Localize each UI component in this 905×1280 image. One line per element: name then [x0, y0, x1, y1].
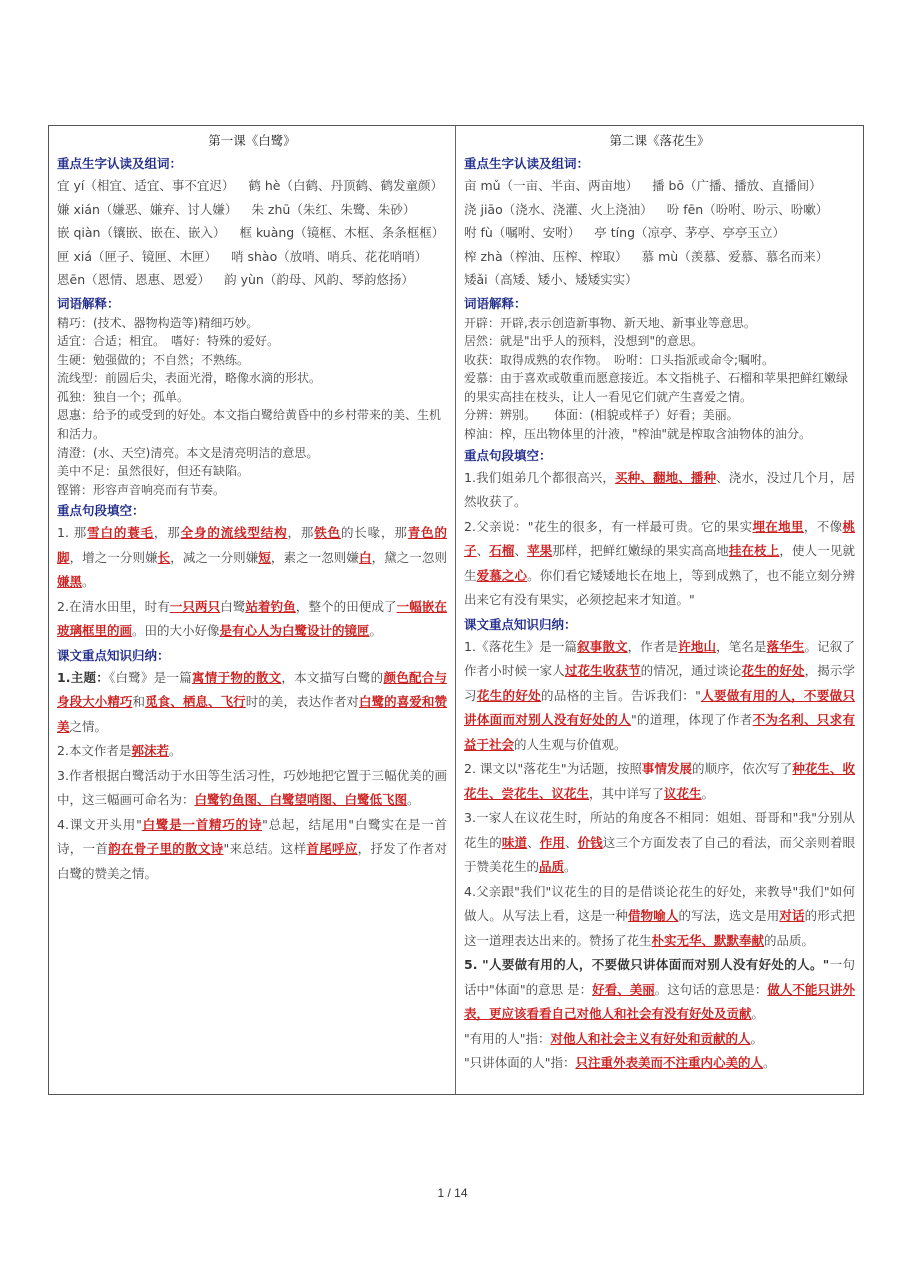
fill-in-paragraph: 1. 那雪白的蓑毛，那全身的流线型结构，那铁色的长喙，那青色的脚，增之一分则嫌长… [57, 521, 447, 595]
text-segment: 。 [763, 1055, 776, 1070]
summary-paragraph: 1.主题：《白鹭》是一篇寓情于物的散文，本文描写白鹭的颜色配合与身段大小精巧和觅… [57, 666, 447, 740]
character-entry: 恩ēn（恩情、恩惠、恩爱） [57, 272, 210, 287]
text-segment: "来总结。这样 [224, 841, 307, 856]
character-entry: 韵 yùn（韵母、风韵、琴韵悠扬） [224, 272, 414, 287]
text-segment: 的品格的主旨。告诉我们：" [541, 688, 701, 703]
bold-text: 5. "人要做有用的人，不要做只讲体面而对别人没有好处的人。" [464, 957, 829, 972]
character-entry: 嵌 qiàn（镶嵌、嵌在、嵌入） [57, 225, 225, 240]
fill-blank-answer: 嫌黑 [57, 574, 82, 589]
fill-blank-answer: 叙事散文 [577, 639, 628, 654]
fill-blank-answer: 寓情于物的散文 [192, 670, 281, 685]
fill-blank-answer: 只注重外表美而不注重内心美的人 [576, 1055, 764, 1070]
character-row: 匣 xiá（匣子、镜匣、木匣）哨 shào（放哨、哨兵、花花哨哨） [57, 245, 447, 269]
text-segment: "有用的人"指： [464, 1031, 551, 1046]
definition-item: 精巧：(技术、器物构造等)精细巧妙。 [57, 314, 447, 333]
section-heading-vocabulary: 词语解释： [464, 294, 855, 314]
text-segment: 的长喙，那 [341, 525, 408, 540]
fill-blank-answer: 白鹭钓鱼图、白鹭望哨图、白鹭低飞图 [195, 792, 408, 807]
text-segment: ，黛之一忽则 [372, 550, 447, 565]
character-row: 嵌 qiàn（镶嵌、嵌在、嵌入）框 kuàng（镜框、木框、条条框框） [57, 221, 447, 245]
fill-blank-answer: 埋在地里 [752, 519, 803, 534]
fill-blank-answer: 过花生收获节 [565, 663, 641, 678]
text-segment: 。这句话的意思是： [655, 982, 768, 997]
text-segment: ，增之一分则嫌 [70, 550, 158, 565]
text-segment: ，作者是 [628, 639, 679, 654]
fill-blank-answer: 首尾呼应 [306, 841, 357, 856]
text-segment: 。 [169, 743, 182, 758]
text-segment: 。 [702, 786, 715, 801]
character-row: 嫌 xián（嫌恶、嫌弃、讨人嫌）朱 zhū（朱红、朱鹭、朱砂） [57, 198, 447, 222]
character-entry: 宜 yí（相宜、适宜、事不宜迟） [57, 178, 234, 193]
definition-item: 孤独：独自一个；孤单。 [57, 388, 447, 407]
fill-blank-answer: 议花生 [664, 786, 702, 801]
fill-blank-answer: 短 [258, 550, 271, 565]
text-segment: 的品质。 [764, 933, 814, 948]
character-entry: 慕 mù（羡慕、爱慕、慕名而来） [642, 249, 829, 264]
text-segment: ，减之一分则嫌 [170, 550, 258, 565]
text-segment: 的写法，选文是用 [678, 908, 779, 923]
fill-blank-answer: 品质 [539, 859, 564, 874]
section-heading-fill-in: 重点句段填空： [464, 446, 855, 466]
section-heading-summary: 课文重点知识归纳： [57, 646, 447, 666]
fill-blank-answer: 对他人和社会主义有好处和贡献的人 [551, 1031, 751, 1046]
lesson-column-1: 第一课《白鹭》重点生字认读及组词：宜 yí（相宜、适宜、事不宜迟）鹤 hè（白鹤… [49, 126, 456, 1094]
definition-item: 生硬：勉强做的；不自然；不熟练。 [57, 351, 447, 370]
text-segment: ，整个的田便成了 [296, 599, 397, 614]
text-segment: ，素之一忽则嫌 [271, 550, 359, 565]
character-row: 矮ǎi（高矮、矮小、矮矮实实） [464, 268, 855, 292]
character-row: 咐 fù（嘱咐、安咐）亭 tíng（凉亭、茅亭、亭亭玉立） [464, 221, 855, 245]
text-segment: 、 [527, 835, 540, 850]
fill-blank-answer: 好看、美丽 [592, 982, 655, 997]
character-row: 恩ēn（恩情、恩惠、恩爱）韵 yùn（韵母、风韵、琴韵悠扬） [57, 268, 447, 292]
fill-in-paragraph: 2.父亲说："花生的很多，有一样最可贵。它的果实埋在地里，不像桃子、石榴、苹果那… [464, 515, 855, 613]
fill-blank-answer: 爱慕之心 [477, 568, 527, 583]
lesson-column-2: 第二课《落花生》重点生字认读及组词：亩 mǔ（一亩、半亩、两亩地）播 bō（广播… [456, 126, 863, 1094]
text-segment: 4.课文开头用" [57, 817, 142, 832]
fill-blank-answer: 韵在骨子里的散文诗 [108, 841, 223, 856]
text-segment: 之情。 [70, 719, 108, 734]
definition-item: 榨油：榨，压出物体里的汁液，"榨油"就是榨取含油物体的油分。 [464, 425, 855, 444]
section-heading-summary: 课文重点知识归纳： [464, 615, 855, 635]
text-segment: ，不像 [804, 519, 843, 534]
text-segment: ，笔名是 [716, 639, 767, 654]
text-segment: ，本文描写白鹭的 [281, 670, 383, 685]
text-segment: 、 [514, 543, 527, 558]
text-segment: 和 [133, 694, 146, 709]
text-segment: 、 [477, 543, 490, 558]
text-segment: 的顺序，依次写了 [692, 761, 792, 776]
summary-paragraph: 3.一家人在议花生时，所站的角度各不相同：姐姐、哥哥和"我"分别从花生的味道、作… [464, 806, 855, 880]
key-term: 事情发展 [642, 761, 692, 776]
character-entry: 亭 tíng（凉亭、茅亭、亭亭玉立） [594, 225, 785, 240]
fill-blank-answer: 苹果 [527, 543, 552, 558]
definition-item: 爱慕：由于喜欢或敬重而愿意接近。本文指桃子、石榴和苹果把鲜红嫩绿的果实高挂在枝头… [464, 369, 855, 406]
text-segment: 、 [565, 835, 578, 850]
text-segment: 。 [564, 859, 577, 874]
summary-paragraph: "有用的人"指：对他人和社会主义有好处和贡献的人。 [464, 1027, 855, 1052]
character-entry: 嫌 xián（嫌恶、嫌弃、讨人嫌） [57, 202, 237, 217]
character-entry: 框 kuàng（镜框、木框、条条框框） [239, 225, 444, 240]
text-segment: 时的美，表达作者对 [246, 694, 359, 709]
fill-blank-answer: 全身的流线型结构 [181, 525, 288, 540]
text-segment: 。 [370, 623, 383, 638]
fill-blank-answer: 雪白的蓑毛 [87, 525, 154, 540]
text-segment: 。 [82, 574, 95, 589]
text-segment: 白鹭 [220, 599, 245, 614]
lesson-title: 第一课《白鹭》 [57, 130, 447, 152]
text-segment: 。 [752, 1006, 765, 1021]
text-segment: 。田的大小好像 [132, 623, 220, 638]
fill-blank-answer: 买种、翻地、播种 [615, 470, 716, 485]
fill-blank-answer: 作用 [540, 835, 565, 850]
summary-paragraph: 3.作者根据白鹭活动于水田等生活习性，巧妙地把它置于三幅优美的画中，这三幅画可命… [57, 764, 447, 813]
text-segment: 。 [407, 792, 420, 807]
character-entry: 鹤 hè（白鹤、丹顶鹤、鹤发童颜） [248, 178, 443, 193]
character-row: 榨 zhà（榨油、压榨、榨取）慕 mù（羡慕、爱慕、慕名而来） [464, 245, 855, 269]
bold-text: 1.主题： [57, 670, 109, 685]
character-row: 浇 jiāo（浇水、浇灌、火上浇油）吩 fēn（吩咐、吩示、吩嗽） [464, 198, 855, 222]
section-heading-vocabulary: 词语解释： [57, 294, 447, 314]
text-segment: 2.父亲说："花生的很多，有一样最可贵。它的果实 [464, 519, 752, 534]
text-segment: 2.本文作者是 [57, 743, 131, 758]
fill-blank-answer: 铁色 [314, 525, 341, 540]
character-entry: 播 bō（广播、播放、直播间） [652, 178, 822, 193]
fill-blank-answer: 白 [359, 550, 372, 565]
definition-item: 居然：就是"出乎人的预料，没想到"的意思。 [464, 332, 855, 351]
definition-item: 适宜：合适；相宜。 嗜好：特殊的爱好。 [57, 332, 447, 351]
fill-blank-answer: 许地山 [678, 639, 716, 654]
text-segment: ，那 [288, 525, 315, 540]
section-heading-characters: 重点生字认读及组词： [464, 154, 855, 174]
fill-in-paragraph: 1.我们姐弟几个都很高兴，买种、翻地、播种、浇水，没过几个月，居然收获了。 [464, 466, 855, 515]
fill-blank-answer: 郭沫若 [131, 743, 169, 758]
fill-blank-answer: 石榴 [489, 543, 514, 558]
fill-blank-answer: 对话 [779, 908, 804, 923]
summary-paragraph: 4.父亲跟"我们"议花生的目的是借谈论花生的好处，来教导"我们"如何做人。从写法… [464, 880, 855, 954]
text-segment: 。 [751, 1031, 764, 1046]
text-segment: 2. 课文以"落花生"为话题，按照 [464, 761, 642, 776]
fill-blank-answer: 花生的好处 [477, 688, 541, 703]
definition-item: 开辟：开辟,表示创造新事物、新天地、新事业等意思。 [464, 314, 855, 333]
character-entry: 朱 zhū（朱红、朱鹭、朱砂） [251, 202, 415, 217]
text-segment: "只讲体面的人"指： [464, 1055, 576, 1070]
summary-paragraph: 4.课文开头用"白鹭是一首精巧的诗"总起，结尾用"白鹭实在是一首诗，一首韵在骨子… [57, 813, 447, 887]
definition-item: 恩惠：给予的或受到的好处。本文指白鹭给黄昏中的乡村带来的美、生机和活力。 [57, 406, 447, 443]
text-segment: 1.《落花生》是一篇 [464, 639, 577, 654]
definition-item: 铿锵：形容声音响亮而有节奏。 [57, 481, 447, 500]
fill-blank-answer: 花生的好处 [742, 663, 805, 678]
fill-in-paragraph: 2.在清水田里，时有一只两只白鹭站着钓鱼，整个的田便成了一幅嵌在玻璃框里的画。田… [57, 595, 447, 644]
character-entry: 矮ǎi（高矮、矮小、矮矮实实） [464, 272, 638, 287]
fill-blank-answer: 味道 [502, 835, 527, 850]
fill-blank-answer: 朴实无华、默默奉献 [652, 933, 765, 948]
text-segment: ，那 [154, 525, 181, 540]
fill-blank-answer: 挂在枝上 [729, 543, 779, 558]
text-segment: 那样，把鲜红嫩绿的果实高高地 [552, 543, 729, 558]
character-entry: 榨 zhà（榨油、压榨、榨取） [464, 249, 628, 264]
definition-item: 清澄：(水、天空)清亮。本文是清亮明洁的意思。 [57, 444, 447, 463]
fill-blank-answer: 价钱 [578, 835, 603, 850]
fill-blank-answer: 落华生 [767, 639, 805, 654]
character-entry: 吩 fēn（吩咐、吩示、吩嗽） [667, 202, 829, 217]
text-segment: 的情况，通过谈论 [641, 663, 742, 678]
text-segment: ，其中详写了 [589, 786, 664, 801]
section-heading-fill-in: 重点句段填空： [57, 501, 447, 521]
definition-item: 收获：取得成熟的农作物。 吩咐：口头指派或命令;嘱咐。 [464, 351, 855, 370]
summary-paragraph: 5. "人要做有用的人，不要做只讲体面而对别人没有好处的人。"一句话中"体面"的… [464, 953, 855, 1027]
character-entry: 浇 jiāo（浇水、浇灌、火上浇油） [464, 202, 653, 217]
character-row: 宜 yí（相宜、适宜、事不宜迟）鹤 hè（白鹤、丹顶鹤、鹤发童颜） [57, 174, 447, 198]
summary-paragraph: 2.本文作者是郭沫若。 [57, 739, 447, 764]
summary-paragraph: 2. 课文以"落花生"为话题，按照事情发展的顺序，依次写了种花生、收花生、尝花生… [464, 757, 855, 806]
character-row: 亩 mǔ（一亩、半亩、两亩地）播 bō（广播、播放、直播间） [464, 174, 855, 198]
fill-blank-answer: 站着钓鱼 [245, 599, 295, 614]
text-segment: 的人生观与价值观。 [514, 737, 627, 752]
summary-paragraph: "只讲体面的人"指：只注重外表美而不注重内心美的人。 [464, 1051, 855, 1076]
text-segment: 1. 那 [57, 525, 87, 540]
fill-blank-answer: 白鹭是一首精巧的诗 [142, 817, 262, 832]
fill-blank-answer: 是有心人为白鹭设计的镜匣 [220, 623, 370, 638]
summary-paragraph: 1.《落花生》是一篇叙事散文，作者是许地山，笔名是落华生。记叙了作者小时候一家人… [464, 635, 855, 758]
section-heading-characters: 重点生字认读及组词： [57, 154, 447, 174]
character-entry: 亩 mǔ（一亩、半亩、两亩地） [464, 178, 638, 193]
character-entry: 哨 shào（放哨、哨兵、花花哨哨） [231, 249, 427, 264]
definition-item: 美中不足：虽然很好，但还有缺陷。 [57, 462, 447, 481]
definition-item: 流线型：前圆后尖，表面光滑，略像水滴的形状。 [57, 369, 447, 388]
fill-blank-answer: 借物喻人 [628, 908, 678, 923]
fill-blank-answer: 一只两只 [170, 599, 220, 614]
text-segment: 2.在清水田里，时有 [57, 599, 170, 614]
lesson-table: 第一课《白鹭》重点生字认读及组词：宜 yí（相宜、适宜、事不宜迟）鹤 hè（白鹤… [48, 125, 864, 1095]
text-segment: "的道理，体现了作者 [631, 712, 753, 727]
fill-blank-answer: 觅食、栖息、飞行 [145, 694, 246, 709]
text-segment: 1.我们姐弟几个都很高兴， [464, 470, 615, 485]
fill-blank-answer: 长 [158, 550, 171, 565]
character-entry: 咐 fù（嘱咐、安咐） [464, 225, 580, 240]
definition-item: 分辨：辨别。 体面：(相貌或样子）好看；美丽。 [464, 406, 855, 425]
page-indicator: 1 / 14 [0, 1186, 905, 1200]
character-entry: 匣 xiá（匣子、镜匣、木匣） [57, 249, 217, 264]
lesson-title: 第二课《落花生》 [464, 130, 855, 152]
text-segment: 《白鹭》是一篇 [109, 670, 192, 685]
